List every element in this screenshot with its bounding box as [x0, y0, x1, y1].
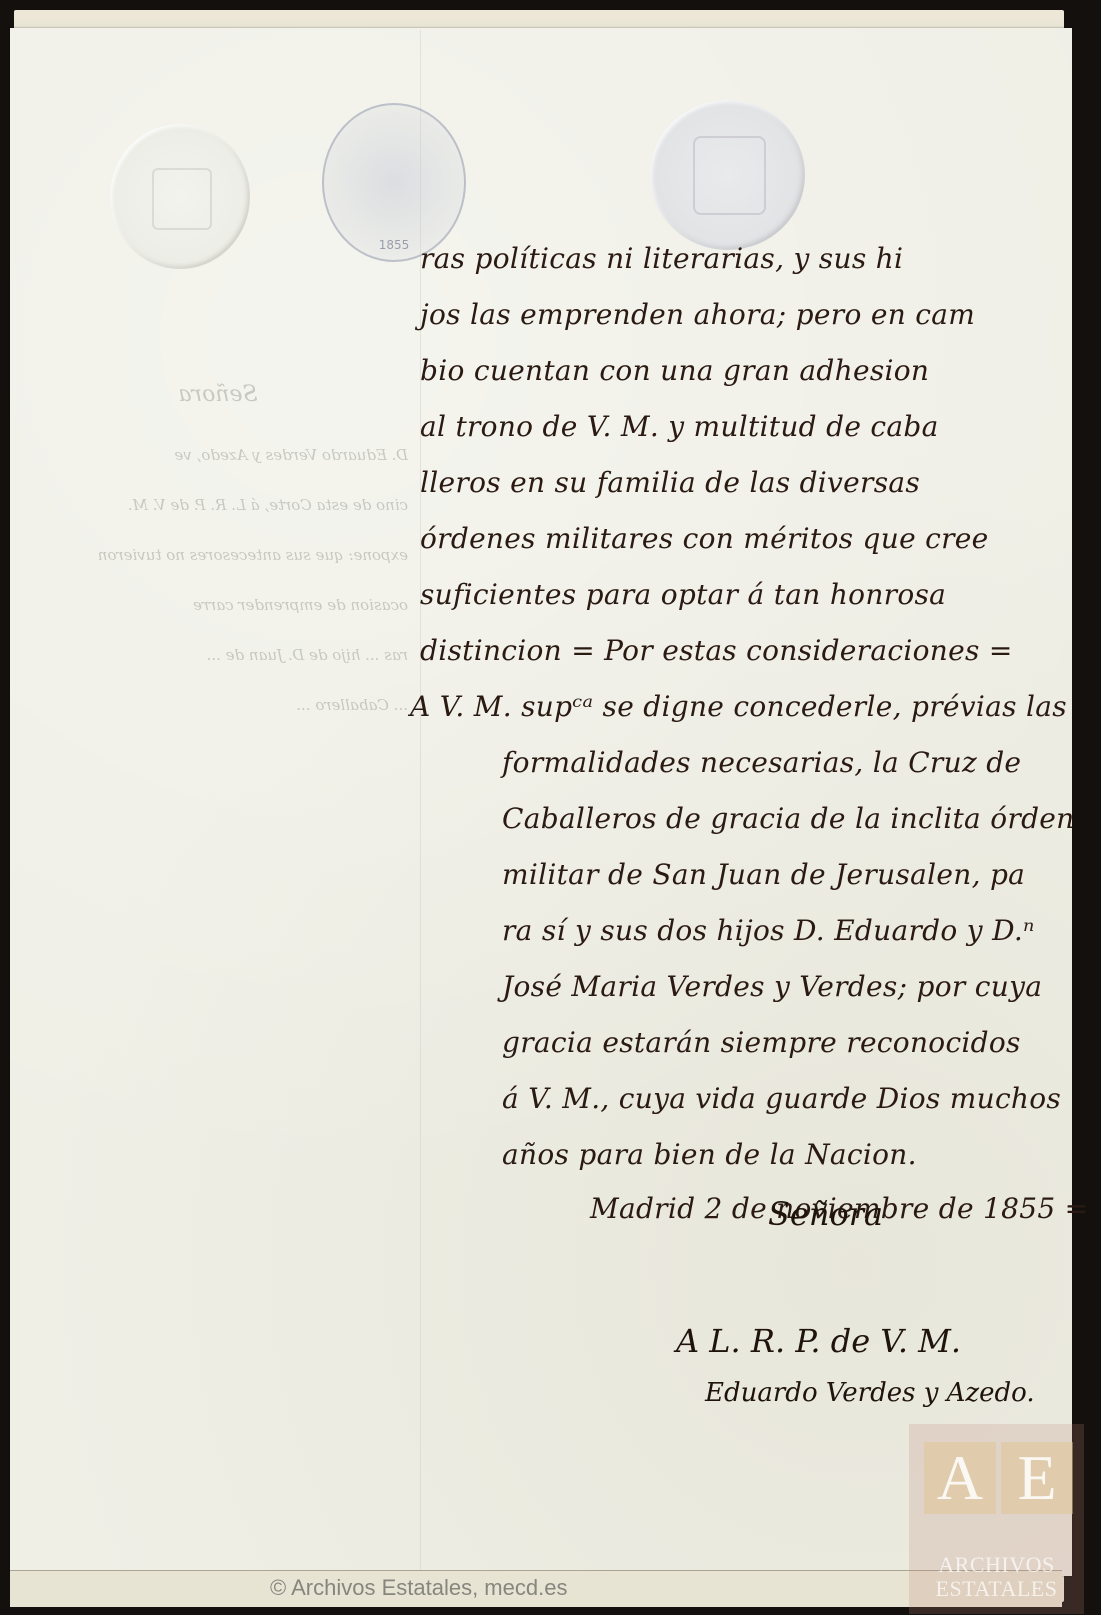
watermark-letter-a: A	[924, 1442, 996, 1514]
body-line: jos las emprenden ahora; pero en cam	[420, 298, 975, 331]
body-line: gracia estarán siempre reconocidos	[502, 1026, 1021, 1059]
archivos-estatales-watermark: A E ARCHIVOS ESTATALES	[909, 1424, 1084, 1614]
body-line: militar de San Juan de Jerusalen, pa	[502, 858, 1025, 891]
body-line: lleros en su familia de las diversas	[420, 466, 920, 499]
embossed-seal-right-icon	[650, 100, 805, 250]
body-line: órdenes militares con méritos que cree	[420, 522, 989, 555]
body-line: al trono de V. M. y multitud de caba	[420, 410, 939, 443]
watermark-line2: ESTATALES	[909, 1576, 1084, 1602]
body-line: ra sí y sus dos hijos D. Eduardo y D.ⁿ	[502, 914, 1035, 947]
body-line: años para bien de la Nacion.	[502, 1138, 917, 1171]
body-line: suficientes para optar á tan honrosa	[420, 578, 946, 611]
stamp-seal-icon: 1855	[322, 103, 466, 262]
body-line: A V. M. supᶜᵃ se digne concederle, prévi…	[410, 690, 1067, 723]
bleed-line: ... Caballero ...	[28, 680, 408, 730]
bleed-line: ras ... hijo de D. Juan de ...	[28, 630, 408, 680]
body-line: distincion = Por estas consideraciones =	[420, 634, 1013, 667]
bleed-line: ocasion de emprender carre	[28, 580, 408, 630]
closing-formula: A L. R. P. de V. M.	[676, 1322, 961, 1360]
watermark-letter-e: E	[1001, 1442, 1073, 1514]
salutation: Señora	[768, 1195, 883, 1233]
body-line: Caballeros de gracia de la inclita órden	[502, 802, 1075, 835]
copyright-footer: © Archivos Estatales, mecd.es	[270, 1575, 567, 1601]
signature: Eduardo Verdes y Azedo.	[705, 1378, 1035, 1408]
bleed-through-text: Señora D. Eduardo Verdes y Azedo, ve cin…	[28, 370, 408, 730]
body-line: bio cuentan con una gran adhesion	[420, 354, 929, 387]
body-line: ras políticas ni literarias, y sus hi	[420, 242, 903, 275]
embossed-seal-left-icon	[110, 124, 250, 269]
bleed-line: D. Eduardo Verdes y Azedo, ve	[28, 430, 408, 480]
body-line: formalidades necesarias, la Cruz de	[502, 746, 1021, 779]
body-line: á V. M., cuya vida guarde Dios muchos	[502, 1082, 1061, 1115]
bleed-line: cino de esta Corte, á L. R. P. de V. M.	[28, 480, 408, 530]
body-line: José Maria Verdes y Verdes; por cuya	[502, 970, 1042, 1003]
bleed-line: expone: que sus antecesores no tuvieron	[28, 530, 408, 580]
watermark-line1: ARCHIVOS	[909, 1552, 1084, 1578]
bleed-title: Señora	[28, 370, 408, 420]
